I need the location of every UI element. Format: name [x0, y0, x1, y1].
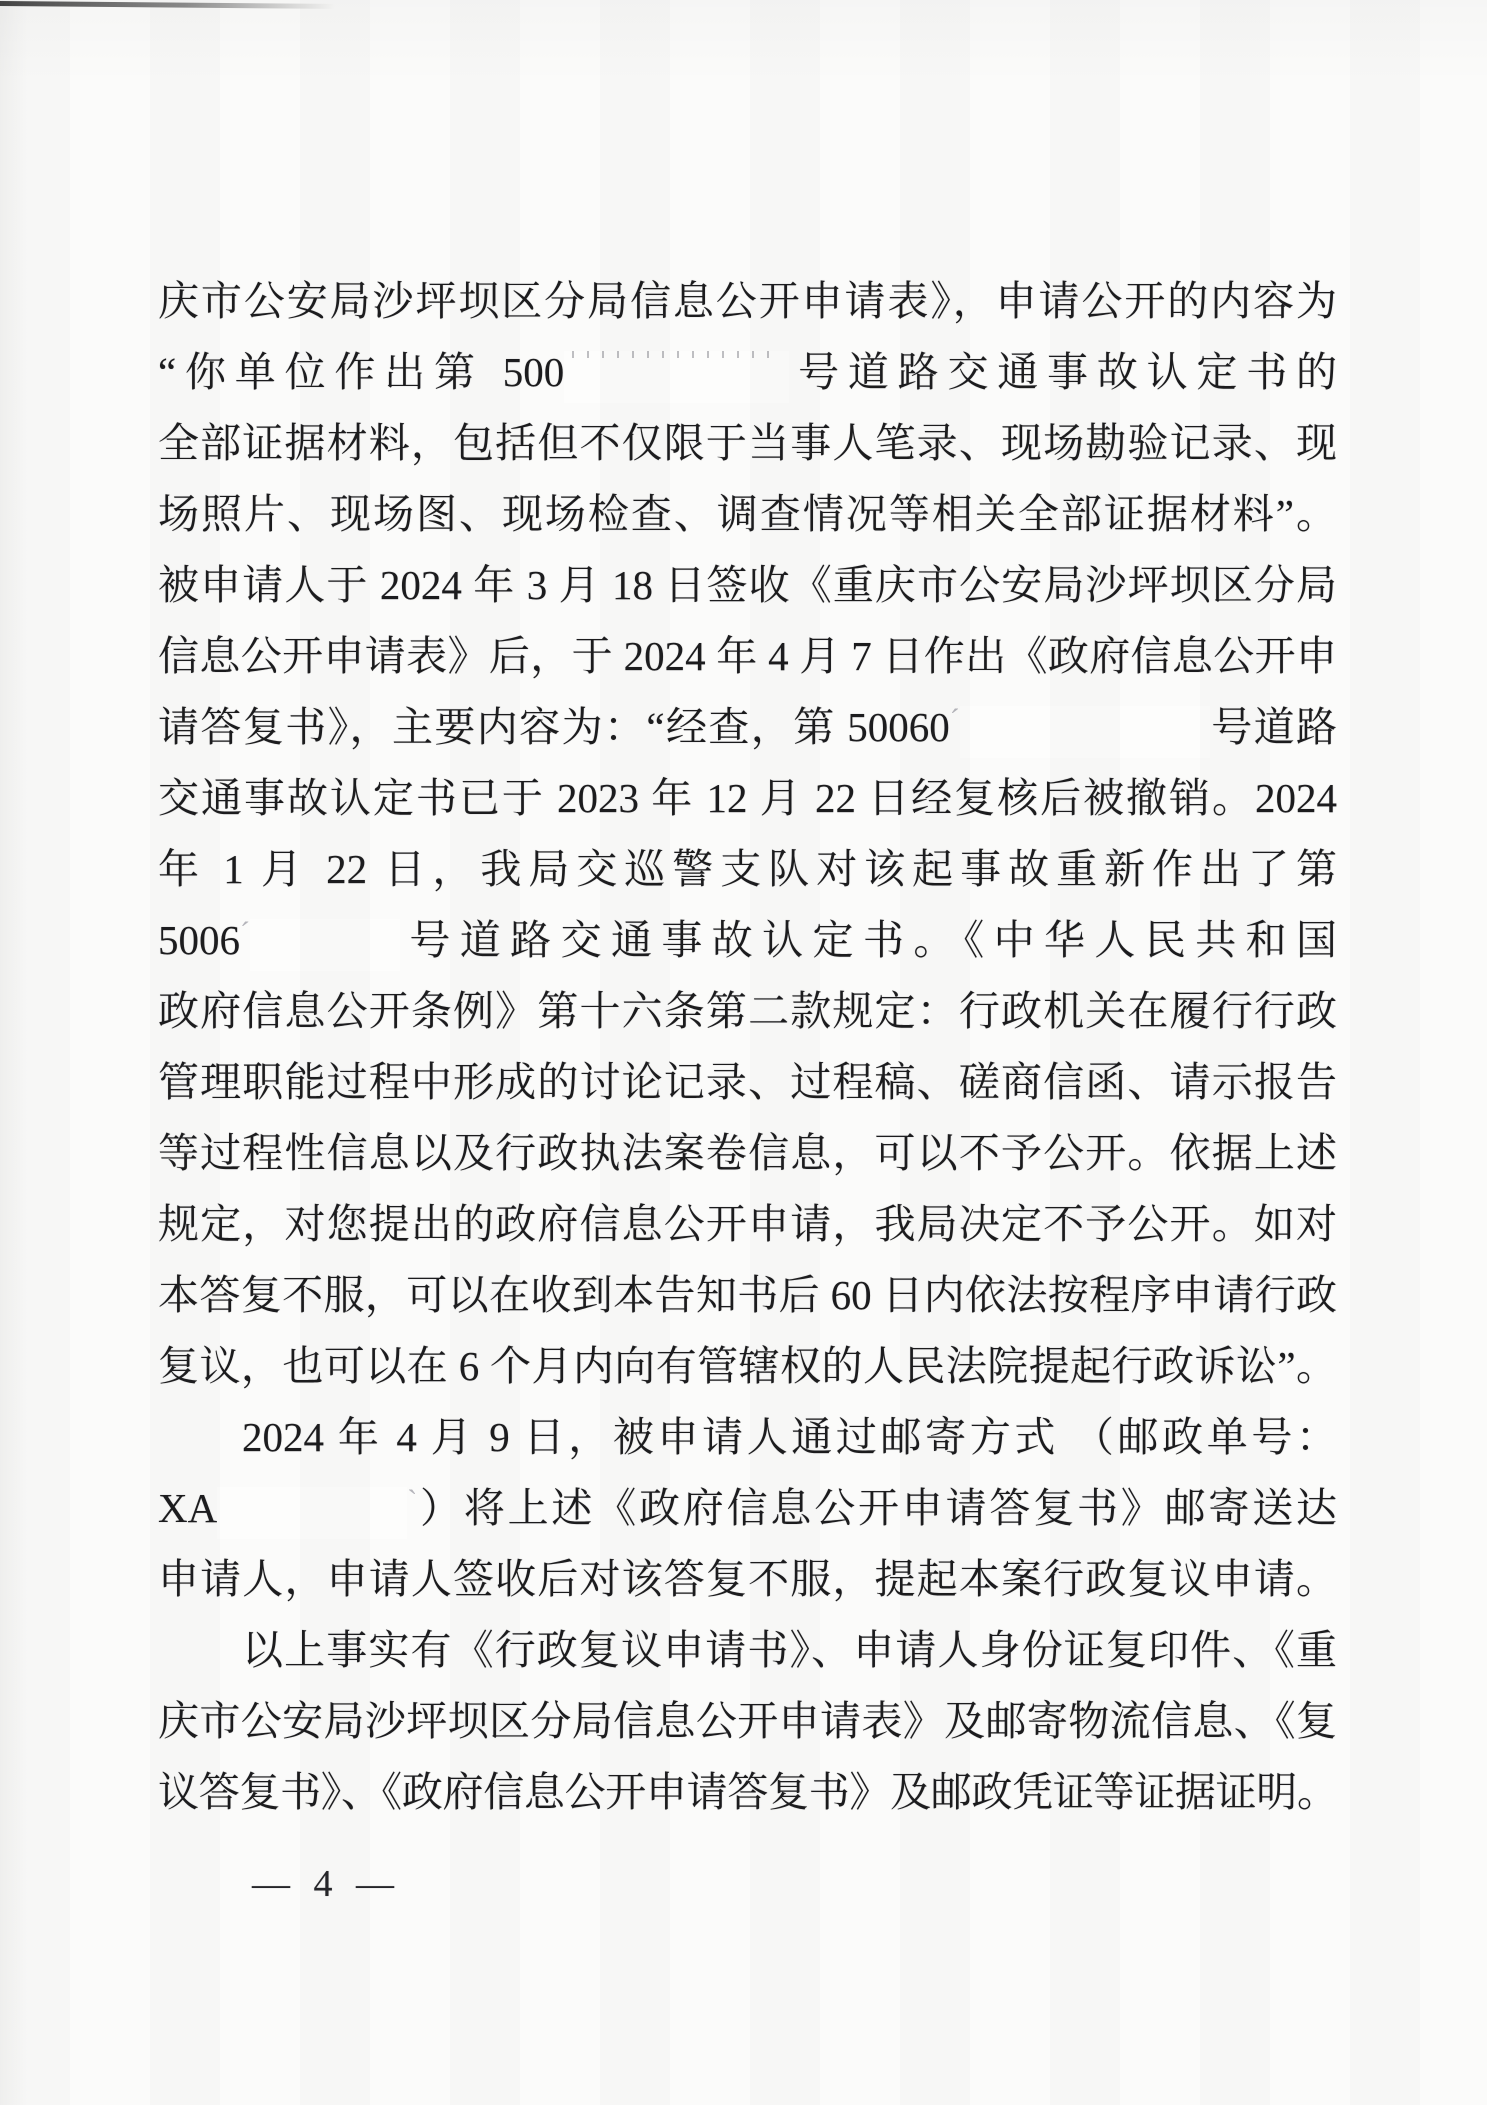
text-segment: 信息公开申请表》后，于 2024 年 4 月 7 日作出《政府信息公开申	[158, 633, 1337, 679]
text-segment: 2024 年 4 月 9 日，被申请人通过邮寄方式 （邮政单号：	[242, 1414, 1337, 1460]
text-line: 本答复不服，可以在收到本告知书后 60 日内依法按程序申请行政	[158, 1260, 1337, 1331]
text-line: 年 1 月 22 日，我局交巡警支队对该起事故重新作出了第	[158, 834, 1337, 905]
text-line: 2024 年 4 月 9 日，被申请人通过邮寄方式 （邮政单号：	[158, 1402, 1337, 1473]
text-line: 申请人，申请人签收后对该答复不服，提起本案行政复议申请。	[158, 1544, 1337, 1615]
redaction-box	[960, 706, 1210, 758]
document-body: 庆市公安局沙坪坝区分局信息公开申请表》，申请公开的内容为“你单位作出第 500号…	[158, 266, 1337, 1828]
text-segment: 以上事实有《行政复议申请书》、申请人身份证复印件、《重	[242, 1627, 1337, 1673]
redaction-box	[250, 919, 400, 971]
scan-artifact-top-edge-line	[0, 1, 335, 9]
text-segment: 年 1 月 22 日，我局交巡警支队对该起事故重新作出了第	[158, 846, 1337, 892]
scanned-document-page: 庆市公安局沙坪坝区分局信息公开申请表》，申请公开的内容为“你单位作出第 500号…	[0, 0, 1487, 2105]
text-segment: 复议，也可以在 6 个月内向有管辖权的人民法院提起行政诉讼”。	[158, 1343, 1337, 1389]
text-segment: 庆市公安局沙坪坝区分局信息公开申请表》，申请公开的内容为	[158, 278, 1337, 324]
text-segment: 5006	[158, 917, 240, 963]
text-line: 信息公开申请表》后，于 2024 年 4 月 7 日作出《政府信息公开申	[158, 621, 1337, 692]
text-segment: “你单位作出第 500	[158, 349, 564, 395]
text-line: XAˋ）将上述《政府信息公开申请答复书》邮寄送达	[158, 1473, 1337, 1544]
text-line: 复议，也可以在 6 个月内向有管辖权的人民法院提起行政诉讼”。	[158, 1331, 1337, 1402]
text-line: 场照片、现场图、现场检查、调查情况等相关全部证据材料”。	[158, 479, 1337, 550]
text-segment: 交通事故认定书已于 2023 年 12 月 22 日经复核后被撤销。2024	[158, 775, 1337, 821]
text-line: 被申请人于 2024 年 3 月 18 日签收《重庆市公安局沙坪坝区分局	[158, 550, 1337, 621]
text-segment: 等过程性信息以及行政执法案卷信息，可以不予公开。依据上述	[158, 1130, 1337, 1176]
text-segment: 全部证据材料，包括但不仅限于当事人笔录、现场勘验记录、现	[158, 420, 1337, 466]
text-line: 庆市公安局沙坪坝区分局信息公开申请表》及邮寄物流信息、《复	[158, 1686, 1337, 1757]
text-line: 请答复书》，主要内容为：“经查，第 50060ˊ号道路	[158, 692, 1337, 763]
page-number: — 4 —	[252, 1862, 401, 1906]
text-line: “你单位作出第 500号道路交通事故认定书的	[158, 337, 1337, 408]
text-segment: 被申请人于 2024 年 3 月 18 日签收《重庆市公安局沙坪坝区分局	[158, 562, 1337, 608]
text-line: 全部证据材料，包括但不仅限于当事人笔录、现场勘验记录、现	[158, 408, 1337, 479]
text-segment: 管理职能过程中形成的讨论记录、过程稿、磋商信函、请示报告	[158, 1059, 1337, 1105]
text-segment: 号道路	[1210, 704, 1337, 750]
text-segment: 号道路交通事故认定书的	[789, 349, 1337, 395]
text-segment: 政府信息公开条例》第十六条第二款规定：行政机关在履行行政	[158, 988, 1337, 1034]
text-line: 议答复书》、《政府信息公开申请答复书》及邮政凭证等证据证明。	[158, 1757, 1337, 1828]
text-segment: 议答复书》、《政府信息公开申请答复书》及邮政凭证等证据证明。	[158, 1769, 1337, 1815]
text-line: 规定，对您提出的政府信息公开申请，我局决定不予公开。如对	[158, 1189, 1337, 1260]
redaction-box	[217, 1487, 407, 1539]
text-segment: 号道路交通事故认定书。《中华人民共和国	[400, 917, 1337, 963]
text-line: 政府信息公开条例》第十六条第二款规定：行政机关在履行行政	[158, 976, 1337, 1047]
text-segment: XA	[158, 1485, 217, 1531]
text-segment: 场照片、现场图、现场检查、调查情况等相关全部证据材料”。	[158, 491, 1337, 537]
text-segment: ）将上述《政府信息公开申请答复书》邮寄送达	[417, 1485, 1337, 1531]
text-line: 5006ˊ号道路交通事故认定书。《中华人民共和国	[158, 905, 1337, 976]
text-segment: 申请人，申请人签收后对该答复不服，提起本案行政复议申请。	[158, 1556, 1337, 1602]
text-line: 交通事故认定书已于 2023 年 12 月 22 日经复核后被撤销。2024	[158, 763, 1337, 834]
text-segment: 请答复书》，主要内容为：“经查，第 50060	[158, 704, 950, 750]
redaction-box	[564, 351, 789, 403]
text-line: 等过程性信息以及行政执法案卷信息，可以不予公开。依据上述	[158, 1118, 1337, 1189]
text-line: 庆市公安局沙坪坝区分局信息公开申请表》，申请公开的内容为	[158, 266, 1337, 337]
text-segment: 规定，对您提出的政府信息公开申请，我局决定不予公开。如对	[158, 1201, 1337, 1247]
text-segment: 本答复不服，可以在收到本告知书后 60 日内依法按程序申请行政	[158, 1272, 1337, 1318]
text-line: 管理职能过程中形成的讨论记录、过程稿、磋商信函、请示报告	[158, 1047, 1337, 1118]
text-segment: 庆市公安局沙坪坝区分局信息公开申请表》及邮寄物流信息、《复	[158, 1698, 1337, 1744]
text-line: 以上事实有《行政复议申请书》、申请人身份证复印件、《重	[158, 1615, 1337, 1686]
